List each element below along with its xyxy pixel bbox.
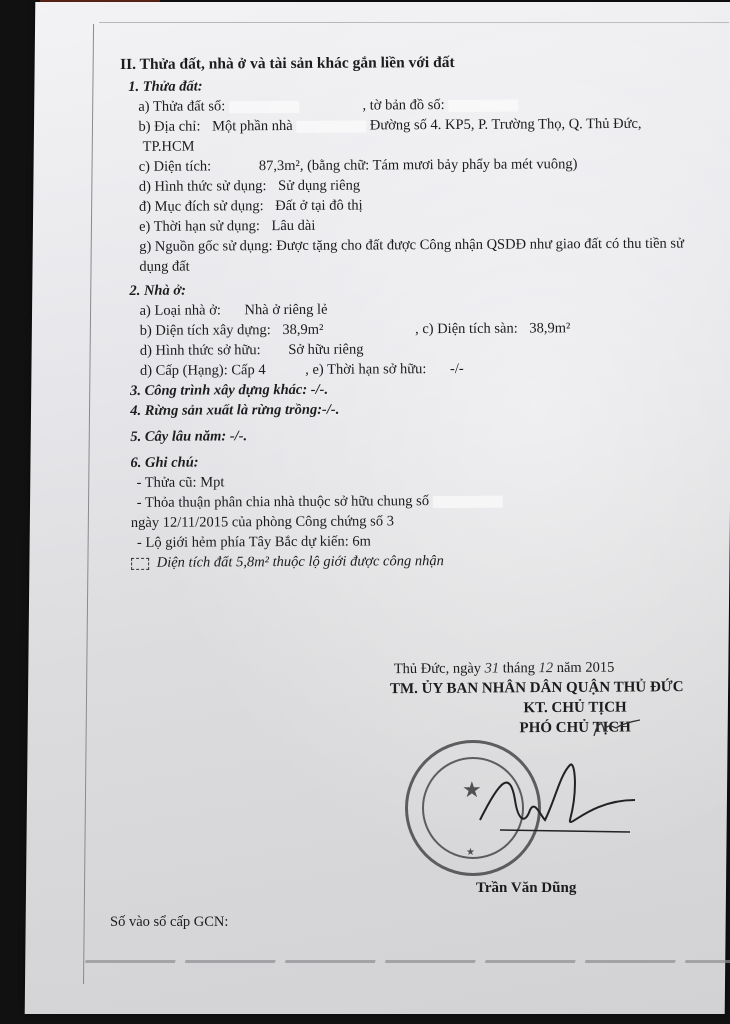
place-date: Thủ Đức, ngày 31 tháng 12 năm 2015 xyxy=(394,659,720,678)
grade-label: d) Cấp (Hạng): xyxy=(140,362,228,379)
date-day: 31 xyxy=(485,660,500,676)
document-body: II. Thửa đất, nhà ở và tài sản khác gắn … xyxy=(120,51,723,573)
bottom-rule xyxy=(85,960,730,963)
signer-name: Trần Văn Dũng xyxy=(476,880,576,897)
address-row: b) Địa chỉ: Một phần nhà Đường số 4. KP5… xyxy=(138,113,720,137)
address-value-part1: Một phần nhà xyxy=(212,118,293,134)
handwritten-signature-icon xyxy=(470,760,650,850)
area-value: 87,3m², (bằng chữ: Tám mươi bảy phẩy ba … xyxy=(259,156,578,174)
perennial-trees: 5. Cây lâu năm: -/-. xyxy=(130,423,722,447)
build-area-value: 38,9m² xyxy=(282,322,323,338)
redacted-parcel-number xyxy=(229,101,299,113)
margin-line xyxy=(83,24,94,984)
ownership-label: d) Hình thức sở hữu: xyxy=(140,342,261,359)
initials-icon xyxy=(592,718,642,738)
origin-label: g) Nguồn gốc sử dụng: xyxy=(139,238,273,255)
usage-form-value: Sử dụng riêng xyxy=(278,178,360,195)
top-rule xyxy=(99,22,729,23)
address-value-part2: Đường số 4. KP5, P. Trường Thọ, Q. Thủ Đ… xyxy=(370,116,642,134)
usage-purpose-label: đ) Mục đích sử dụng: xyxy=(139,198,264,215)
redacted-map-sheet xyxy=(448,99,518,111)
build-area-label: b) Diện tích xây dựng: xyxy=(140,322,271,339)
floor-area-label: , c) Diện tích sàn: xyxy=(415,321,518,338)
place-date-prefix: Thủ Đức, ngày xyxy=(394,661,481,678)
section-title: II. Thửa đất, nhà ở và tài sản khác gắn … xyxy=(120,51,720,75)
note-legend: Diện tích đất 5,8m² thuộc lộ giới được c… xyxy=(131,549,723,573)
gcn-registry-label: Số vào sổ cấp GCN: xyxy=(110,914,228,931)
issuing-organization: TM. ỦY BAN NHÂN DÂN QUẬN THỦ ĐỨC xyxy=(390,679,720,698)
signature-block: Thủ Đức, ngày 31 tháng 12 năm 2015 TM. Ủ… xyxy=(390,659,721,738)
usage-form-label: d) Hình thức sử dụng: xyxy=(139,178,267,195)
origin-row: g) Nguồn gốc sử dụng: Được tặng cho đất … xyxy=(139,233,699,276)
area-label: c) Diện tích: xyxy=(139,158,212,174)
role-chairman: KT. CHỦ TỊCH xyxy=(430,699,720,718)
parcel-number-label: a) Thửa đất số: xyxy=(138,98,225,115)
note-agreement-text: - Thỏa thuận phân chia nhà thuộc sở hữu … xyxy=(137,493,429,511)
dashed-box-legend-icon xyxy=(131,558,149,570)
address-label: b) Địa chỉ: xyxy=(138,119,200,135)
redacted-agreement-number xyxy=(433,495,503,507)
role-vice-chairman: PHÓ CHỦ TỊCH xyxy=(430,719,720,738)
redacted-house-number xyxy=(296,120,366,132)
year-label: năm xyxy=(557,660,582,676)
map-sheet-label: , tờ bản đồ số: xyxy=(362,97,444,114)
usage-purpose-value: Đất ở tại đô thị xyxy=(275,198,363,215)
ownership-value: Sở hữu riêng xyxy=(288,342,363,358)
house-type-value: Nhà ở riêng lẻ xyxy=(244,302,327,319)
floor-area-value: 38,9m² xyxy=(529,320,570,336)
house-type-label: a) Loại nhà ở: xyxy=(140,302,221,318)
usage-term-label: e) Thời hạn sử dụng: xyxy=(139,218,260,235)
note-legend-text: Diện tích đất 5,8m² thuộc lộ giới được c… xyxy=(157,553,444,571)
usage-term-value: Lâu dài xyxy=(271,218,315,234)
date-year: 2015 xyxy=(585,660,614,676)
month-label: tháng xyxy=(503,660,535,676)
ownership-term-value: -/- xyxy=(450,361,464,377)
grade-value: Cấp 4 xyxy=(231,362,265,378)
ownership-term-label: , e) Thời hạn sở hữu: xyxy=(305,361,426,378)
date-month: 12 xyxy=(539,660,554,676)
production-forest: 4. Rừng sản xuất là rừng trồng:-/-. xyxy=(130,397,722,421)
